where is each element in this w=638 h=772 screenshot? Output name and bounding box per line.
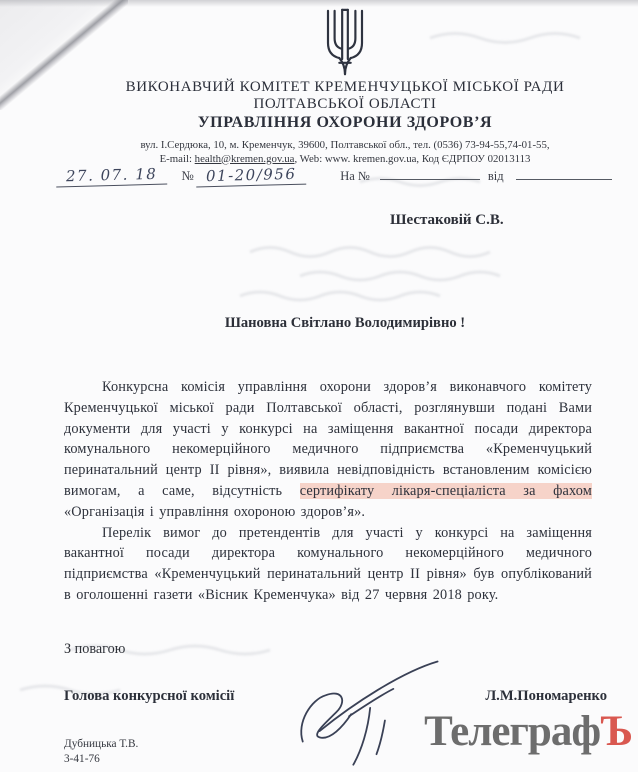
scan-top-edge-shadow — [0, 0, 638, 7]
executor-name: Дубницька Т.В. — [64, 738, 138, 750]
signature-scribble-icon — [288, 652, 446, 770]
scanned-letter-page: ВИКОНАВЧИЙ КОМІТЕТ КРЕМЕНЧУЦЬКОЇ МІСЬКОЇ… — [0, 0, 638, 772]
letter-body: Конкурсна комісія управління охорони здо… — [64, 377, 592, 606]
contacts-rest: , Web: www. kremen.gov.ua, Код ЄДРПОУ 02… — [294, 153, 530, 165]
blank-line-number — [380, 166, 480, 180]
signer-name: Л.М.Пономаренко — [485, 688, 607, 705]
ukraine-tryzub-icon — [320, 8, 370, 76]
regards-line: З повагою — [64, 641, 125, 658]
reference-row: 27. 07. 18№01-20/956На №від — [56, 166, 598, 186]
highlighted-phrase: сертифікату лікаря-спеціаліста за фахом — [300, 483, 592, 499]
email-text: health@kremen.gov.ua — [195, 153, 295, 165]
on-number-label: На № — [340, 169, 370, 183]
handwritten-number: 01-20/956 — [196, 165, 307, 188]
paragraph1-text-before: Конкурсна комісія управління охорони здо… — [64, 379, 592, 499]
email-label: E-mail: — [160, 153, 195, 165]
org-name-line1: ВИКОНАВЧИЙ КОМІТЕТ КРЕМЕНЧУЦЬКОЇ МІСЬКОЇ… — [52, 79, 638, 96]
handwritten-date: 27. 07. 18 — [56, 165, 168, 188]
org-name-line3: УПРАВЛІННЯ ОХОРОНИ ЗДОРОВ’Я — [52, 114, 638, 132]
paragraph1-text-after: «Організація і управління охороною здоро… — [64, 504, 365, 520]
watermark-text-red: Ъ — [600, 708, 632, 755]
recipient-name: Шестаковій С.В. — [390, 212, 504, 229]
contacts-block: вул. І.Сердюка, 10, м. Кременчук, 39600,… — [52, 139, 638, 166]
letterhead: ВИКОНАВЧИЙ КОМІТЕТ КРЕМЕНЧУЦЬКОЇ МІСЬКОЇ… — [52, 8, 638, 166]
executor-block: Дубницька Т.В. 3-41-76 — [64, 737, 138, 766]
body-paragraph-1: Конкурсна комісія управління охорони здо… — [64, 377, 592, 523]
org-name-line2: ПОЛТАВСЬКОЇ ОБЛАСТІ — [52, 96, 638, 113]
salutation: Шановна Світлано Володимирівно ! — [52, 315, 638, 332]
executor-phone: 3-41-76 — [64, 753, 100, 765]
address-line: вул. І.Сердюка, 10, м. Кременчук, 39600,… — [140, 139, 549, 151]
signer-title: Голова конкурсної комісії — [64, 688, 234, 705]
number-sign: № — [181, 168, 193, 183]
watermark-text-gray: Телеграф — [424, 708, 600, 755]
body-paragraph-2: Перелік вимог до претендентів для участі… — [64, 523, 592, 606]
from-label: від — [488, 169, 504, 183]
watermark-logo: ТелеграфЪ — [424, 710, 632, 753]
blank-line-date — [516, 166, 612, 180]
